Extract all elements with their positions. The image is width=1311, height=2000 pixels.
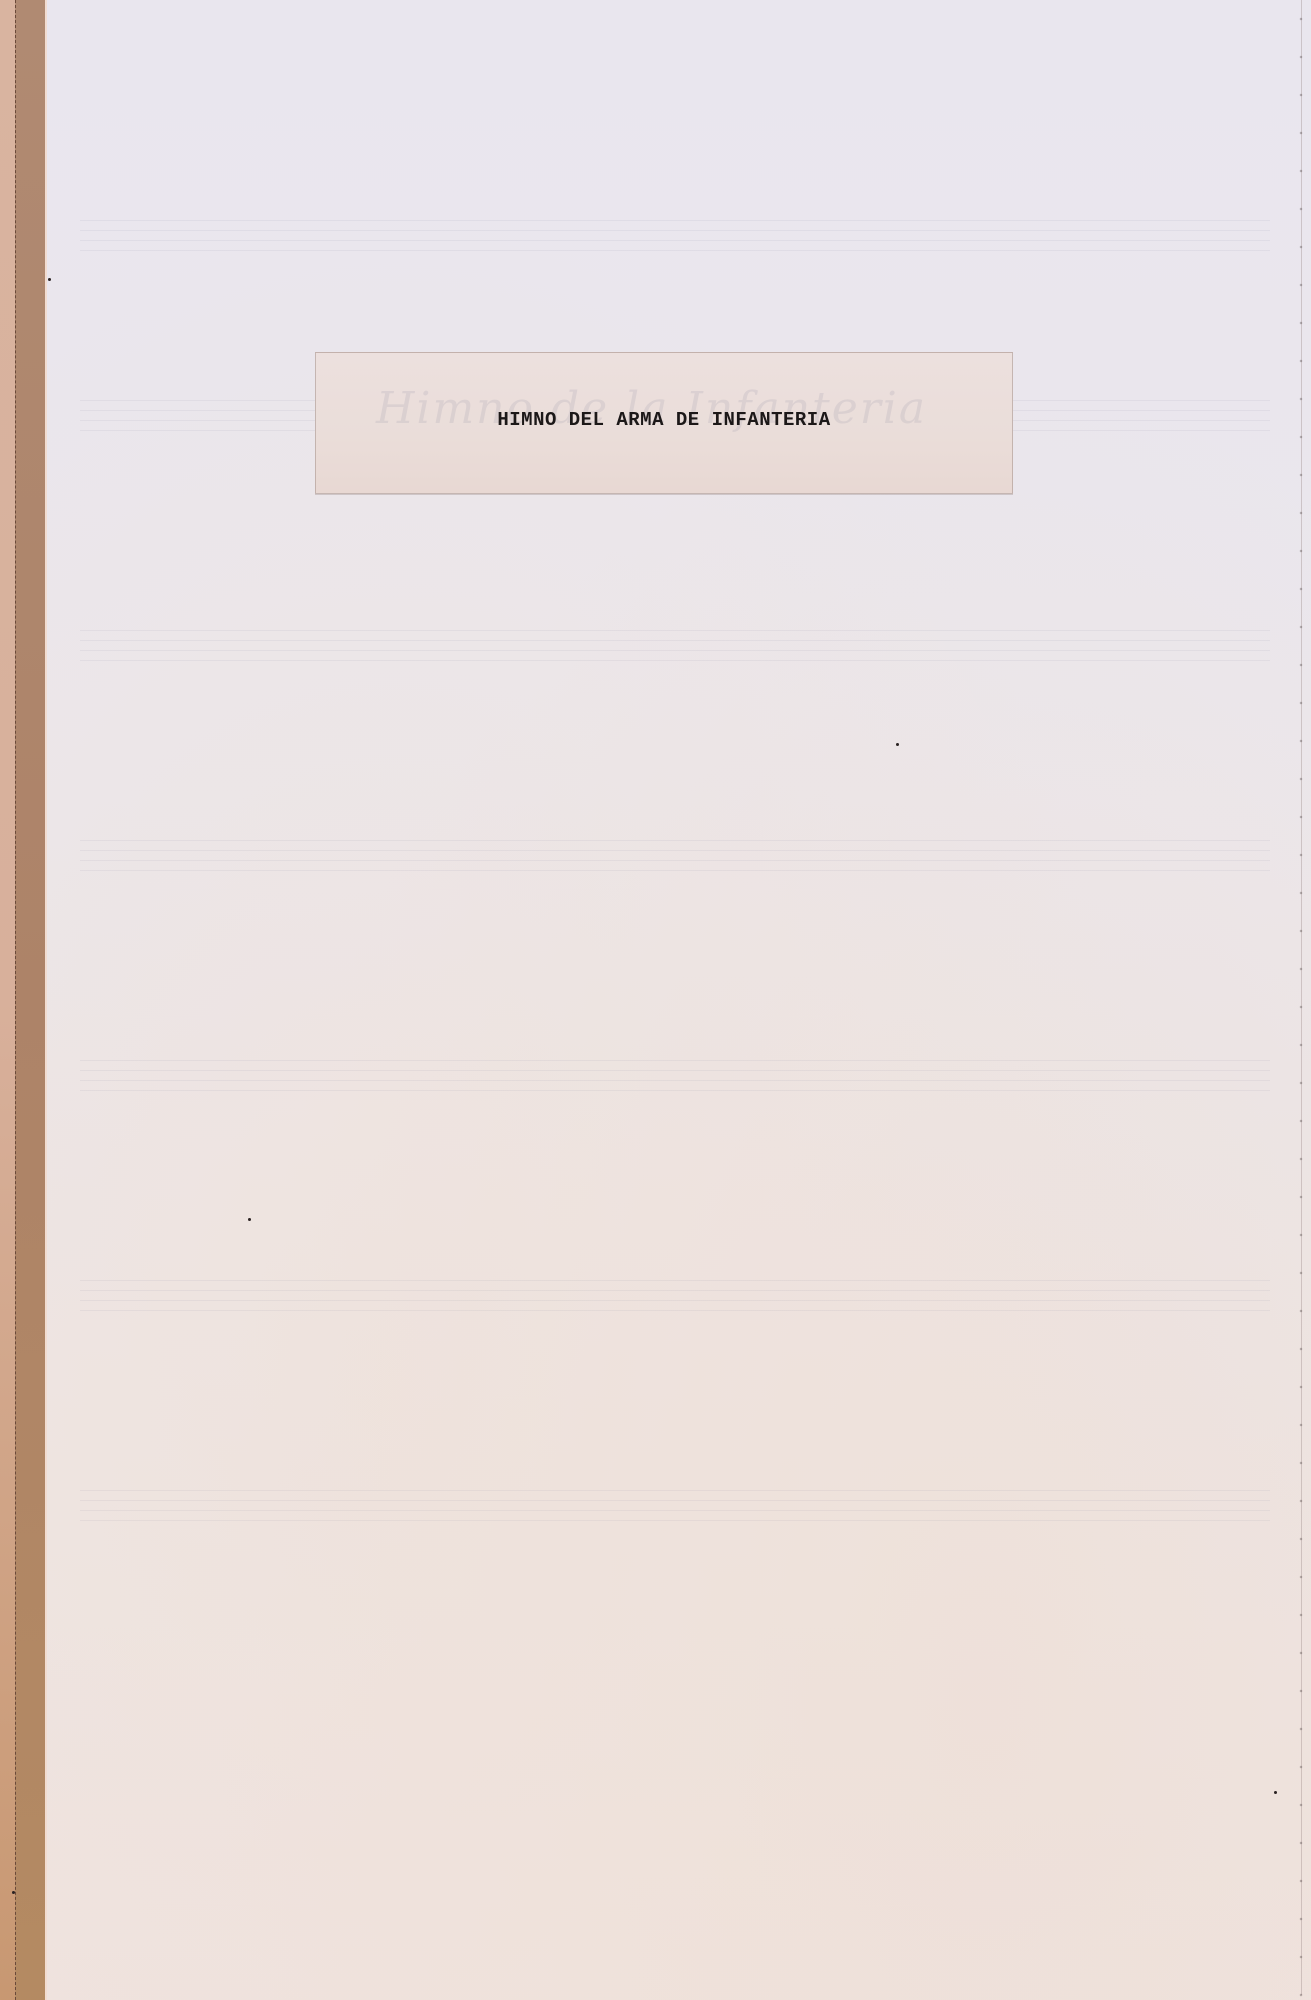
paper-speck bbox=[48, 278, 51, 281]
binding-tape bbox=[15, 0, 47, 2000]
scanned-page: Himno de la Infanteria HIMNO DEL ARMA DE… bbox=[0, 0, 1311, 2000]
title-label-card: Himno de la Infanteria HIMNO DEL ARMA DE… bbox=[315, 352, 1013, 494]
outer-binding-strip bbox=[0, 0, 16, 2000]
paper-speck bbox=[248, 1218, 251, 1221]
right-edge-perforation bbox=[1299, 0, 1303, 2000]
paper-speck bbox=[896, 743, 899, 746]
paper-speck bbox=[12, 1891, 15, 1894]
paper-speck bbox=[1274, 1791, 1277, 1794]
paper-sheet bbox=[46, 0, 1302, 1995]
document-title: HIMNO DEL ARMA DE INFANTERIA bbox=[316, 409, 1012, 431]
